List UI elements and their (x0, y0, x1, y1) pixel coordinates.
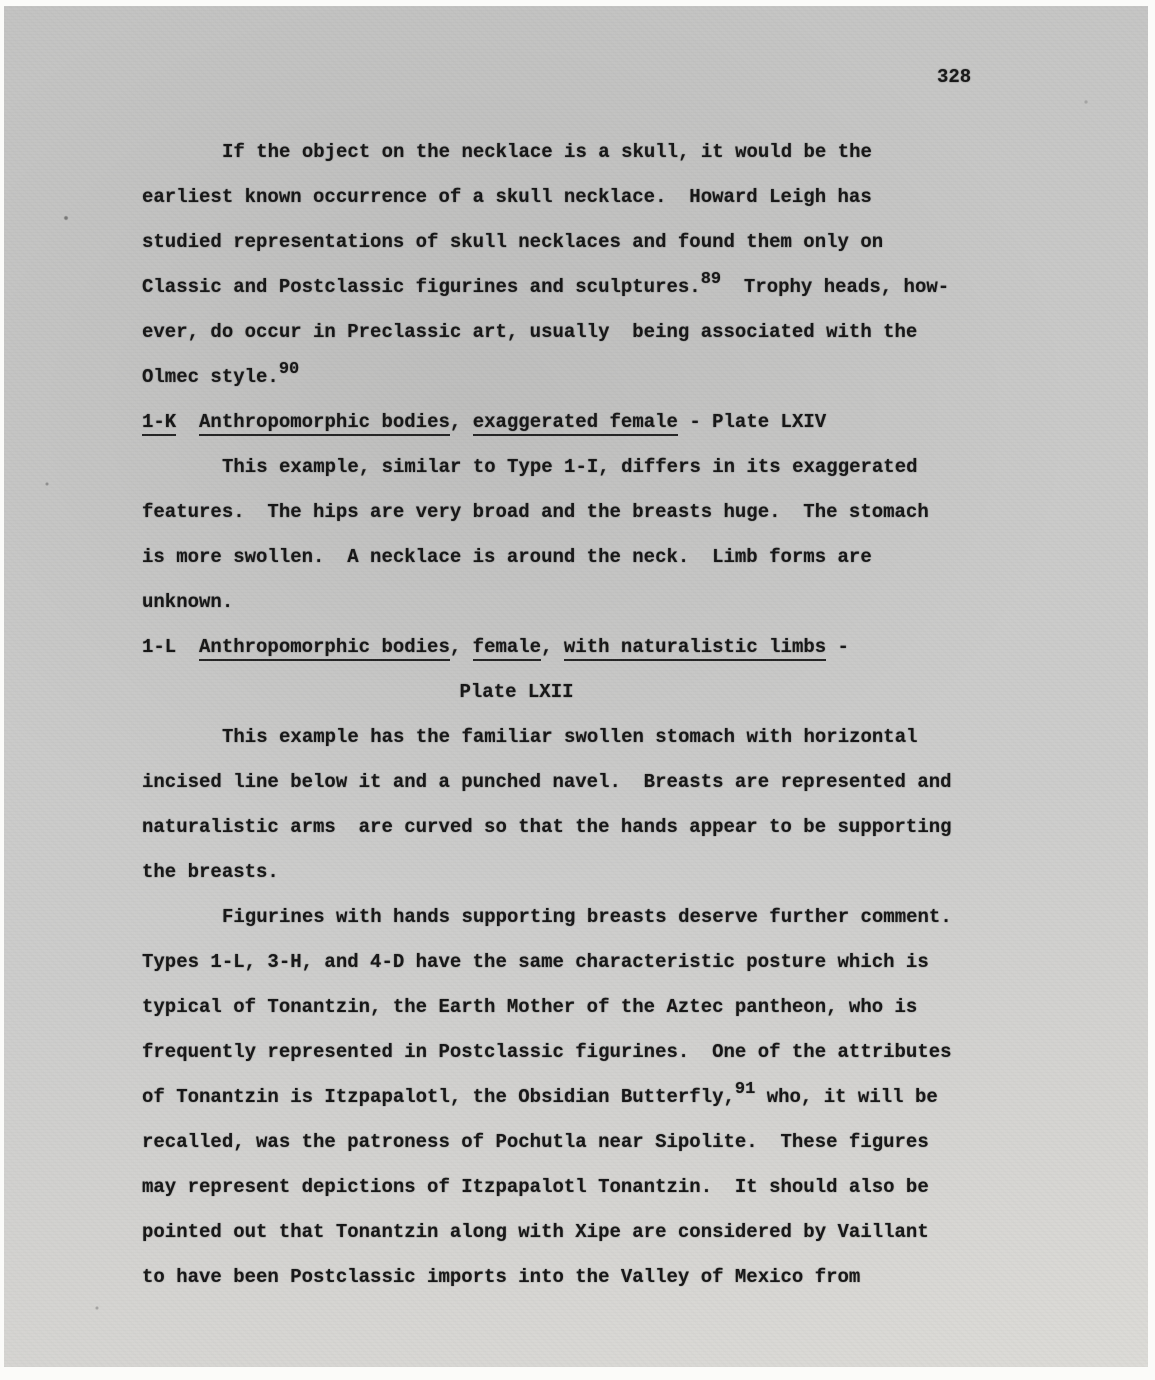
text-line: Figurines with hands supporting breasts … (142, 895, 1047, 940)
text-line: is more swollen. A necklace is around th… (142, 535, 1047, 580)
footnote-reference: 90 (279, 360, 299, 379)
text-line: ever, do occur in Preclassic art, usuall… (142, 310, 1047, 355)
text-line: to have been Postclassic imports into th… (142, 1255, 1047, 1300)
text-line: Classic and Postclassic figurines and sc… (142, 265, 1047, 310)
page-body: If the object on the necklace is a skull… (142, 130, 1047, 1300)
text-line: naturalistic arms are curved so that the… (142, 805, 1047, 850)
heading-line: 1-K Anthropomorphic bodies, exaggerated … (142, 400, 1047, 445)
paper-background: 328 If the object on the necklace is a s… (4, 6, 1148, 1367)
footnote-reference: 91 (735, 1080, 755, 1099)
heading-line: Plate LXII (142, 670, 1047, 715)
footnote-reference: 89 (701, 270, 721, 289)
text-line: earliest known occurrence of a skull nec… (142, 175, 1047, 220)
heading-line: 1-L Anthropomorphic bodies, female, with… (142, 625, 1047, 670)
text-line: may represent depictions of Itzpapalotl … (142, 1165, 1047, 1210)
text-line: If the object on the necklace is a skull… (142, 130, 1047, 175)
text-line: This example, similar to Type 1-I, diffe… (142, 445, 1047, 490)
text-line: This example has the familiar swollen st… (142, 715, 1047, 760)
text-line: Olmec style.90 (142, 355, 1047, 400)
text-line: features. The hips are very broad and th… (142, 490, 1047, 535)
scanned-page: { "page": { "number": "328" }, "colors":… (0, 0, 1155, 1380)
text-line: studied representations of skull necklac… (142, 220, 1047, 265)
text-line: frequently represented in Postclassic fi… (142, 1030, 1047, 1075)
text-line: of Tonantzin is Itzpapalotl, the Obsidia… (142, 1075, 1047, 1120)
text-line: incised line below it and a punched nave… (142, 760, 1047, 805)
text-line: pointed out that Tonantzin along with Xi… (142, 1210, 1047, 1255)
text-line: recalled, was the patroness of Pochutla … (142, 1120, 1047, 1165)
text-line: unknown. (142, 580, 1047, 625)
text-line: typical of Tonantzin, the Earth Mother o… (142, 985, 1047, 1030)
text-line: the breasts. (142, 850, 1047, 895)
page-number: 328 (937, 66, 971, 88)
text-line: Types 1-L, 3-H, and 4-D have the same ch… (142, 940, 1047, 985)
